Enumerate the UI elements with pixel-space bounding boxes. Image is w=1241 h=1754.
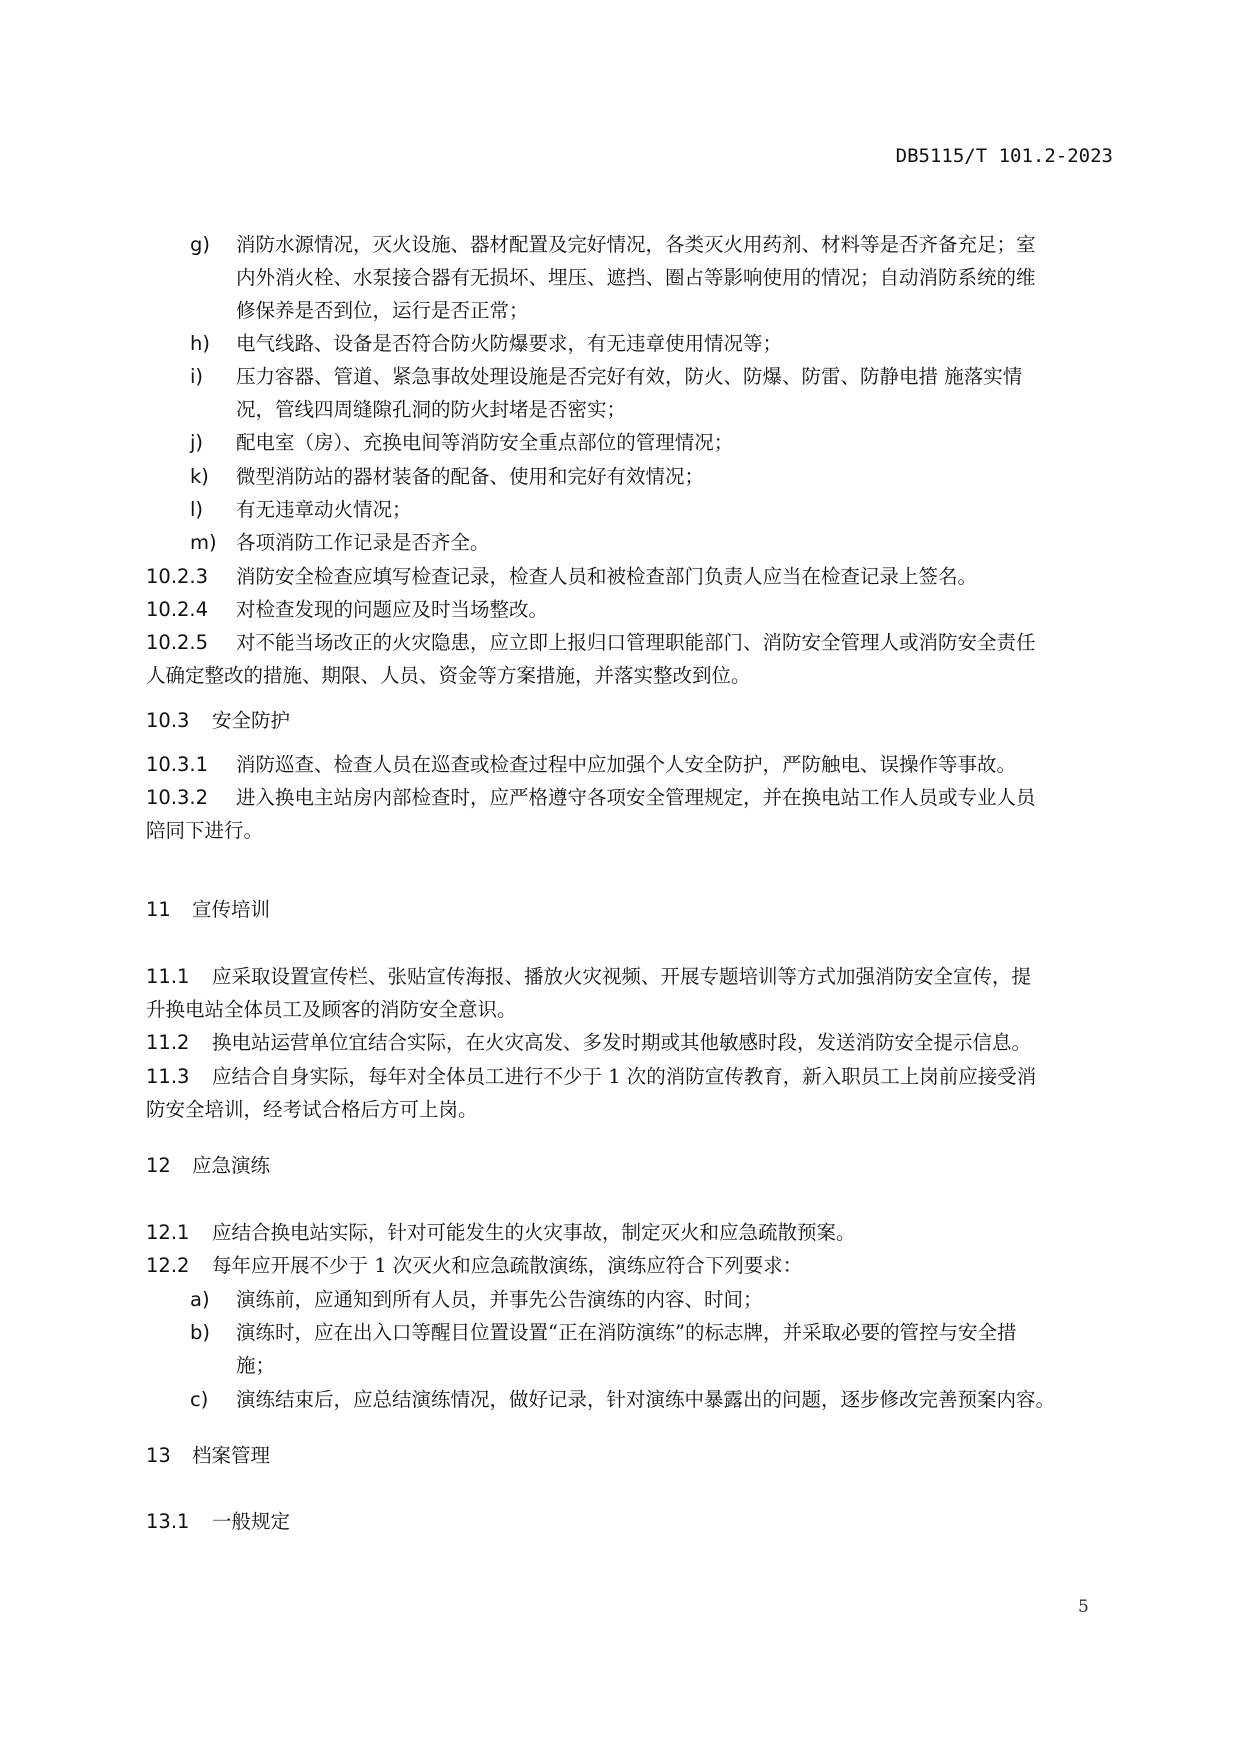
item-c-line-1: 演练结束后，应总结演练情况，做好记录，针对演练中暴露出的问题，逐步修改完善预案内… <box>236 1387 1055 1413</box>
clause-11-1-line-2: 升换电站全体员工及顾客的消防安全意识。 <box>146 997 517 1023</box>
item-a-line-1: 演练前，应通知到所有人员，并事先公告演练的内容、时间； <box>236 1287 763 1313</box>
clause-10-2-3-line-1: 消防安全检查应填写检查记录，检查人员和被检查部门负责人应当在检查记录上签名。 <box>236 564 977 590</box>
clause-number-11-1: 11.1 <box>146 964 189 990</box>
clause-number-10-2-3: 10.2.3 <box>146 564 208 590</box>
clause-number-11-2: 11.2 <box>146 1030 189 1056</box>
clause-10-3-2-line-2: 陪同下进行。 <box>146 818 263 844</box>
section-title-13: 档案管理 <box>192 1443 270 1469</box>
clause-10-2-5-line-2: 人确定整改的措施、期限、人员、资金等方案措施，并落实整改到位。 <box>146 663 751 689</box>
item-label-k: k) <box>190 464 209 490</box>
item-label-m: m) <box>190 530 217 556</box>
section-title-12: 应急演练 <box>192 1153 270 1179</box>
item-label-h: h) <box>190 331 210 357</box>
item-label-a: a) <box>190 1287 210 1313</box>
section-number-13: 13 <box>146 1443 171 1469</box>
item-label-j: j) <box>190 430 203 456</box>
section-number-10-3: 10.3 <box>146 708 189 734</box>
section-title-13-1: 一般规定 <box>212 1509 290 1535</box>
item-label-l: l) <box>190 497 203 523</box>
item-g-line-2: 内外消火栓、水泵接合器有无损坏、埋压、遮挡、圈占等影响使用的情况；自动消防系统的… <box>236 265 1036 291</box>
item-l-line-1: 有无违章动火情况； <box>236 497 412 523</box>
item-label-g: g) <box>190 232 210 258</box>
item-label-i: i) <box>190 364 203 390</box>
item-g-line-1: 消防水源情况，灭火设施、器材配置及完好情况，各类灭火用药剂、材料等是否齐备充足；… <box>236 232 1036 258</box>
item-m-line-1: 各项消防工作记录是否齐全。 <box>236 530 490 556</box>
item-label-c: c) <box>190 1387 208 1413</box>
clause-10-2-4-line-1: 对检查发现的问题应及时当场整改。 <box>236 597 548 623</box>
clause-10-3-2-line-1: 进入换电主站房内部检查时，应严格遵守各项安全管理规定，并在换电站工作人员或专业人… <box>236 785 1036 811</box>
item-g-line-3: 修保养是否到位，运行是否正常； <box>236 298 529 324</box>
item-b-line-1: 演练时，应在出入口等醒目位置设置“正在消防演练”的标志牌，并采取必要的管控与安全… <box>236 1320 1016 1346</box>
clause-11-1-line-1: 应采取设置宣传栏、张贴宣传海报、播放火灾视频、开展专题培训等方式加强消防安全宣传… <box>212 964 1031 990</box>
clause-number-10-2-5: 10.2.5 <box>146 630 208 656</box>
clause-11-2-line-1: 换电站运营单位宜结合实际，在火灾高发、多发时期或其他敏感时段，发送消防安全提示信… <box>212 1030 1031 1056</box>
document-code: DB5115/T 101.2-2023 <box>896 145 1113 167</box>
clause-number-12-2: 12.2 <box>146 1253 189 1279</box>
document-page: DB5115/T 101.2-2023 g) 消防水源情况，灭火设施、器材配置及… <box>0 0 1241 1754</box>
clause-12-1-line-1: 应结合换电站实际，针对可能发生的火灾事故，制定灭火和应急疏散预案。 <box>212 1220 856 1246</box>
section-title-10-3: 安全防护 <box>212 708 290 734</box>
section-number-11: 11 <box>146 897 171 923</box>
section-number-13-1: 13.1 <box>146 1509 189 1535</box>
clause-11-3-line-1: 应结合自身实际，每年对全体员工进行不少于 1 次的消防宣传教育，新入职员工上岗前… <box>212 1064 1036 1090</box>
item-j-line-1: 配电室（房）、充换电间等消防安全重点部位的管理情况； <box>236 430 733 456</box>
clause-number-12-1: 12.1 <box>146 1220 189 1246</box>
page-number: 5 <box>1078 1597 1089 1617</box>
clause-11-3-line-2: 防安全培训，经考试合格后方可上岗。 <box>146 1097 478 1123</box>
section-title-11: 宣传培训 <box>192 897 270 923</box>
clause-number-10-3-1: 10.3.1 <box>146 752 208 778</box>
clause-10-2-5-line-1: 对不能当场改正的火灾隐患，应立即上报归口管理职能部门、消防安全管理人或消防安全责… <box>236 630 1036 656</box>
clause-10-3-1-line-1: 消防巡查、检查人员在巡查或检查过程中应加强个人安全防护，严防触电、误操作等事故。 <box>236 752 1016 778</box>
item-h-line-1: 电气线路、设备是否符合防火防爆要求，有无违章使用情况等； <box>236 331 782 357</box>
item-i-line-1: 压力容器、管道、紧急事故处理设施是否完好有效，防火、防爆、防雷、防静电措 施落实… <box>236 364 1022 390</box>
item-label-b: b) <box>190 1320 210 1346</box>
clause-number-10-3-2: 10.3.2 <box>146 785 208 811</box>
item-b-line-2: 施； <box>236 1353 275 1379</box>
item-k-line-1: 微型消防站的器材装备的配备、使用和完好有效情况； <box>236 464 704 490</box>
clause-number-11-3: 11.3 <box>146 1064 189 1090</box>
section-number-12: 12 <box>146 1153 171 1179</box>
clause-12-2-line-1: 每年应开展不少于 1 次灭火和应急疏散演练，演练应符合下列要求： <box>212 1253 802 1279</box>
item-i-line-2: 况，管线四周缝隙孔洞的防火封堵是否密实； <box>236 397 626 423</box>
clause-number-10-2-4: 10.2.4 <box>146 597 208 623</box>
